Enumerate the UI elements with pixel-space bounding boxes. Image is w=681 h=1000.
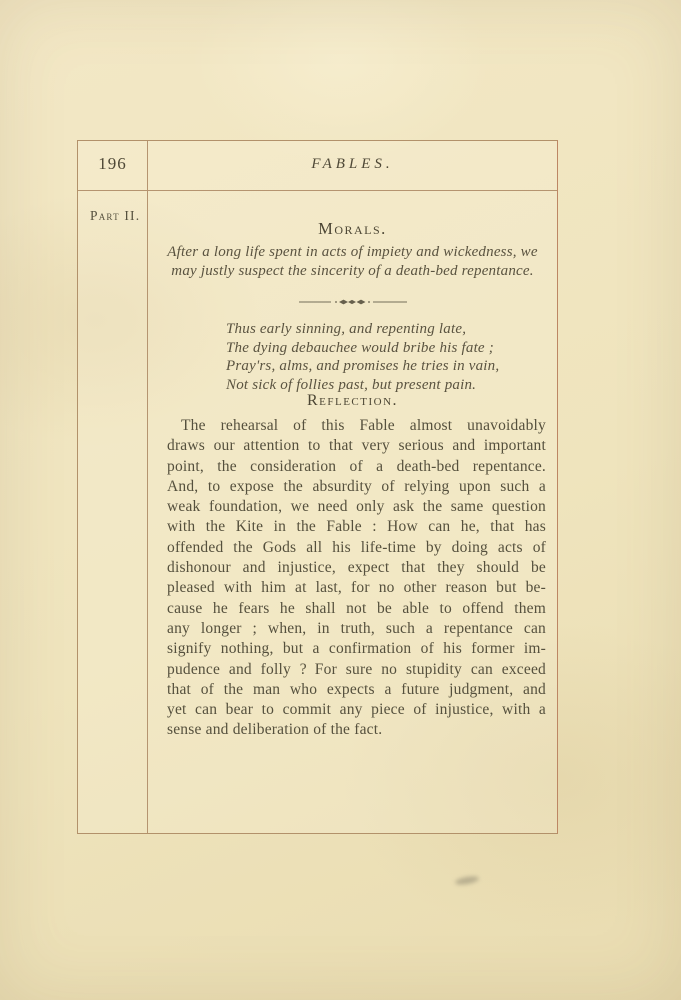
verse-line: Pray'rs, alms, and promises he tries in … (226, 357, 499, 376)
moral-line: may justly suspect the sincerity of a de… (148, 262, 557, 281)
paragraph-line: pudence and folly ? For sure no stupidit… (167, 660, 546, 680)
paragraph-line: cause he fears he shall not be able to o… (167, 599, 546, 619)
pencil-smudge-mark (455, 875, 480, 886)
paragraph-line: with the Kite in the Fable : How can he,… (167, 517, 546, 537)
verse-line: The dying debauchee would bribe his fate… (226, 339, 499, 358)
paragraph-line: draws our attention to that very serious… (167, 436, 546, 456)
header-rule (78, 190, 557, 191)
page-number: 196 (78, 154, 147, 174)
paragraph-line: yet can bear to commit any piece of inju… (167, 700, 546, 720)
paragraph-line: And, to expose the absurdity of relying … (167, 477, 546, 497)
reflection-heading: Reflection. (148, 392, 557, 410)
verse-block: Thus early sinning, and repenting late, … (226, 320, 499, 394)
book-page-scan: 196 FABLES. Part II. Morals. After a lon… (0, 0, 681, 1000)
paragraph-line: that of the man who expects a future jud… (167, 680, 546, 700)
section-divider-ornament (148, 294, 557, 312)
paragraph-line: sense and deliberation of the fact. (167, 720, 546, 740)
moral-text: After a long life spent in acts of impie… (148, 243, 557, 280)
paragraph-line: dishonour and injustice, expect that the… (167, 558, 546, 578)
paragraph-line: offended the Gods all his life-time by d… (167, 538, 546, 558)
margin-part-label: Part II. (90, 208, 140, 224)
paragraph-line: any longer ; when, in truth, such a repe… (167, 619, 546, 639)
page-border-frame: 196 FABLES. Part II. Morals. After a lon… (77, 140, 558, 834)
verse-line: Thus early sinning, and repenting late, (226, 320, 499, 339)
paragraph-line: pleased with him at last, for no other r… (167, 578, 546, 598)
paragraph-line: point, the consideration of a death-bed … (167, 457, 546, 477)
paragraph-line: The rehearsal of this Fable almost unavo… (167, 416, 546, 436)
paragraph-line: weak foundation, we need only ask the sa… (167, 497, 546, 517)
morals-heading: Morals. (148, 219, 557, 239)
moral-line: After a long life spent in acts of impie… (148, 243, 557, 262)
reflection-paragraph: The rehearsal of this Fable almost unavo… (167, 416, 546, 741)
paragraph-line: signify nothing, but a confirmation of h… (167, 639, 546, 659)
running-title: FABLES. (148, 156, 557, 173)
dash-diamond-divider-icon (297, 297, 409, 307)
